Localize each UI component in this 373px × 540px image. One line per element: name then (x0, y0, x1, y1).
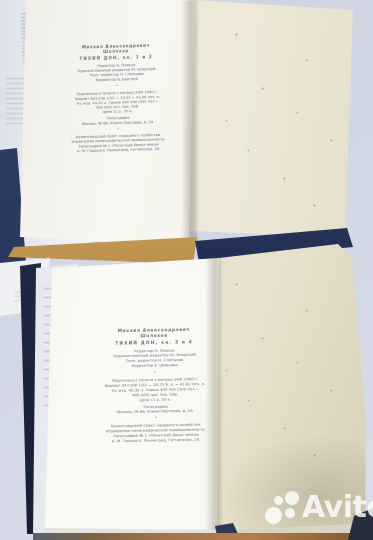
separator-star: * (91, 415, 221, 421)
photo-of-books: Михаил Александрович Шолохов ТИХИЙ ДОН, … (0, 0, 373, 540)
showthrough-text (6, 78, 26, 124)
table-surface-edge (33, 533, 373, 540)
avito-watermark: Avito (258, 489, 370, 533)
imprint-block: Ленинградский Совет народного хозяйства.… (57, 133, 180, 155)
avito-logo-icon (265, 507, 282, 524)
editors-block: Редактор Н. ПлискоХудожественный редакто… (89, 348, 220, 370)
separator-star: * (56, 83, 179, 90)
bottom-book-colophon-text: Михаил Александрович Шолохов ТИХИЙ ДОН, … (89, 327, 221, 455)
printer-address: Москва, Ж-88, Южно-Портовая, д. 24. (90, 408, 220, 415)
avito-wordmark: Avito (302, 489, 373, 527)
print-info-block: Подписано к печати с матриц 24/II 1960 г… (90, 377, 221, 404)
editors-block: Редактор Н. ПлискоХудожественный редакто… (55, 62, 178, 84)
avito-logo-icon (274, 496, 283, 505)
avito-logo-icon (285, 491, 299, 505)
separator-star: * (90, 370, 220, 376)
imprint-block: Ленинградский Совет народного хозяйства.… (91, 422, 222, 444)
print-info-block: Подписано к печати с матриц 24/II 1960 г… (56, 90, 179, 117)
top-book-gutter-shadow (181, 0, 199, 240)
bottom-book-gutter-shadow (205, 258, 223, 532)
book-title: ТИХИЙ ДОН, кн. 3 и 4 (89, 339, 219, 347)
avito-logo-icon (285, 508, 295, 518)
top-book-colophon-text: Михаил Александрович Шолохов ТИХИЙ ДОН, … (54, 42, 187, 158)
separator-star: * (57, 126, 180, 133)
